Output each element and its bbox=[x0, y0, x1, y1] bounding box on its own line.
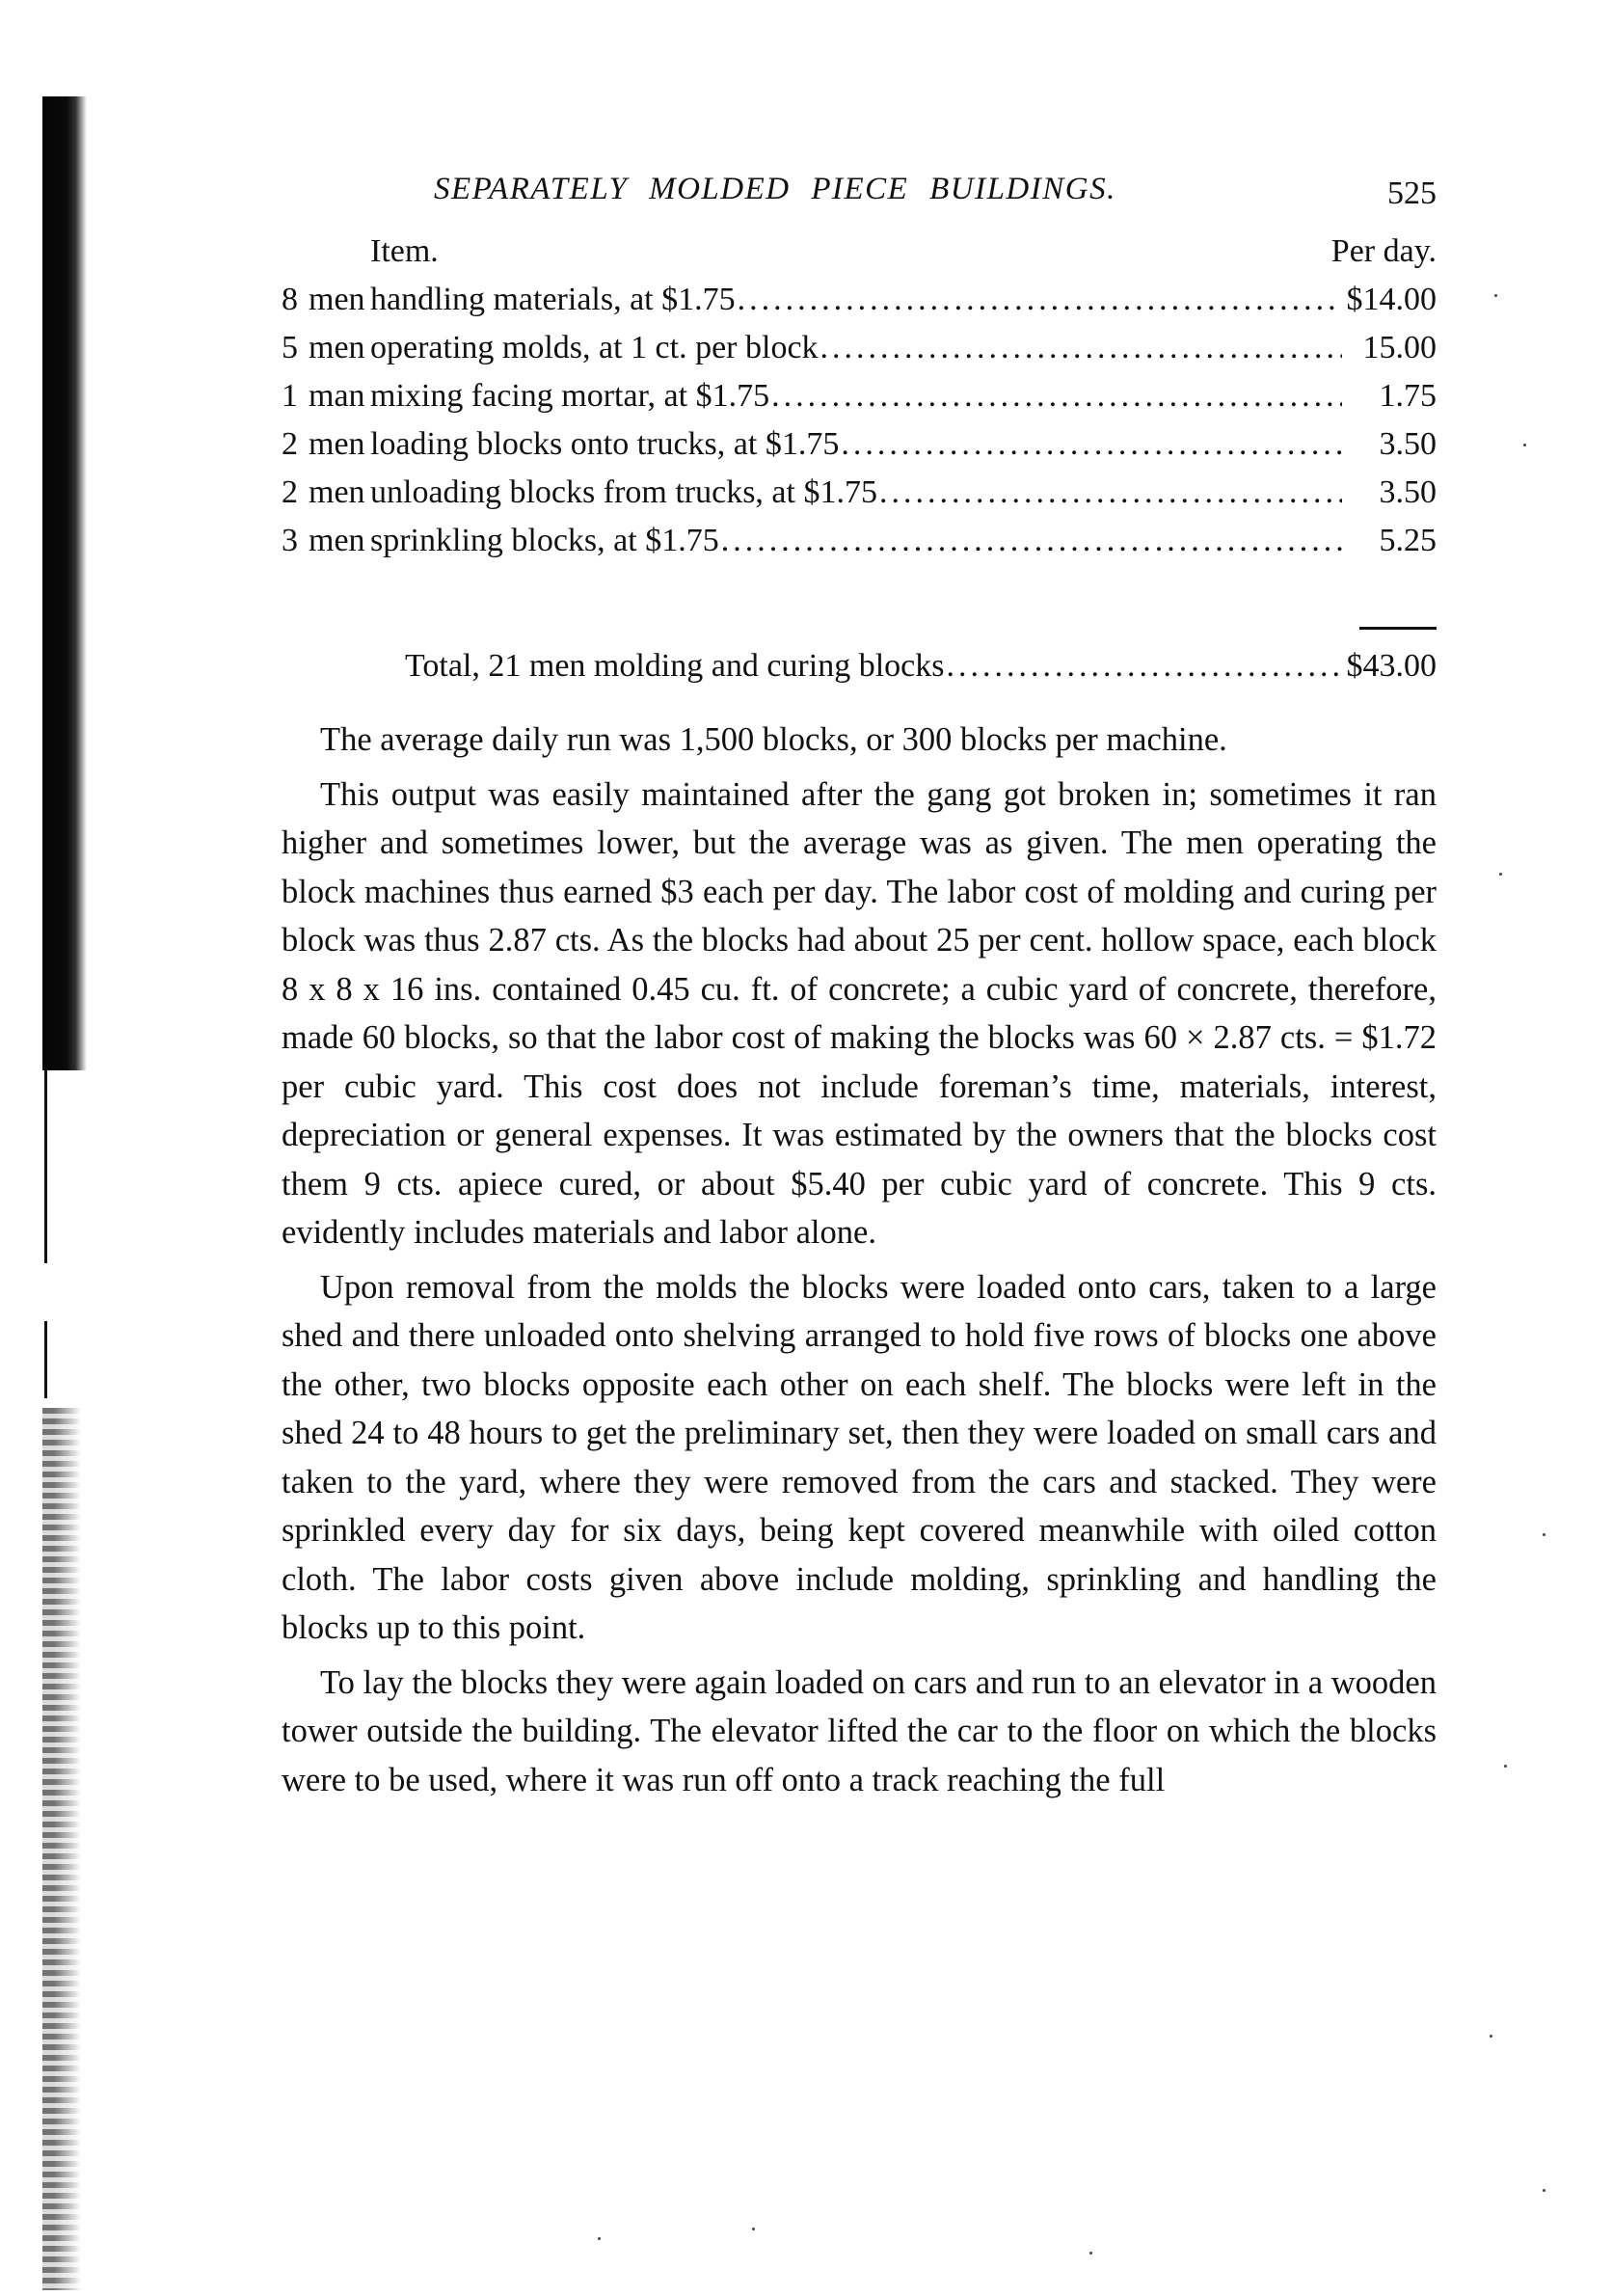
page-header: SEPARATELY MOLDED PIECE BUILDINGS. 525 bbox=[282, 172, 1437, 220]
paragraph: To lay the blocks they were again loaded… bbox=[282, 1659, 1437, 1805]
row-unit: men bbox=[309, 523, 370, 559]
row-amount: 1.75 bbox=[1348, 378, 1437, 415]
labor-cost-table: Item. Per day. 8 men handling materials,… bbox=[282, 233, 1437, 571]
page-number: 525 bbox=[1387, 176, 1437, 212]
row-amount: $14.00 bbox=[1347, 282, 1437, 318]
row-amount: 5.25 bbox=[1348, 523, 1437, 559]
row-unit: men bbox=[309, 282, 370, 318]
column-header-item: Item. bbox=[370, 233, 439, 270]
total-amount: $43.00 bbox=[1347, 648, 1437, 685]
dot-leader: ........................................… bbox=[721, 523, 1342, 559]
row-amount: 15.00 bbox=[1348, 330, 1437, 366]
dot-leader: ........................................… bbox=[946, 648, 1344, 685]
row-quantity: 2 bbox=[282, 426, 309, 463]
dot-leader: ........................................… bbox=[841, 426, 1342, 463]
scan-binding-shadow bbox=[42, 96, 87, 1070]
row-description: mixing facing mortar, at $1.75 bbox=[370, 378, 769, 415]
table-total-row: Total, 21 men molding and curing blocks … bbox=[282, 648, 1437, 685]
total-label: Total, 21 men molding and curing blocks bbox=[405, 648, 944, 685]
row-quantity: 3 bbox=[282, 523, 309, 559]
paragraph: The average daily run was 1,500 blocks, … bbox=[282, 716, 1437, 765]
row-unit: man bbox=[309, 378, 370, 415]
row-unit: men bbox=[309, 330, 370, 366]
table-row: 1 man mixing facing mortar, at $1.75 ...… bbox=[282, 378, 1437, 426]
row-description: loading blocks onto trucks, at $1.75 bbox=[370, 426, 839, 463]
scan-binding-shadow-lower bbox=[42, 1408, 81, 2290]
sum-rule bbox=[1359, 627, 1437, 630]
paragraph: This output was easily maintained after … bbox=[282, 770, 1437, 1257]
row-unit: men bbox=[309, 474, 370, 511]
scan-edge-line bbox=[44, 1321, 47, 1398]
row-quantity: 8 bbox=[282, 282, 309, 318]
row-amount: 3.50 bbox=[1348, 426, 1437, 463]
row-unit: men bbox=[309, 426, 370, 463]
table-row: 2 men loading blocks onto trucks, at $1.… bbox=[282, 426, 1437, 474]
row-quantity: 5 bbox=[282, 330, 309, 366]
dot-leader: ........................................… bbox=[771, 378, 1342, 415]
row-description: unloading blocks from trucks, at $1.75 bbox=[370, 474, 877, 511]
table-row: 5 men operating molds, at 1 ct. per bloc… bbox=[282, 330, 1437, 378]
table-row: 3 men sprinkling blocks, at $1.75 ......… bbox=[282, 523, 1437, 571]
column-header-per-day: Per day. bbox=[1331, 233, 1437, 270]
row-description: operating molds, at 1 ct. per block bbox=[370, 330, 819, 366]
dot-leader: ........................................… bbox=[879, 474, 1342, 511]
scan-edge-line bbox=[44, 1070, 47, 1263]
paragraph: Upon removal from the molds the blocks w… bbox=[282, 1263, 1437, 1653]
row-description: handling materials, at $1.75 bbox=[370, 282, 736, 318]
dot-leader: ........................................… bbox=[738, 282, 1341, 318]
running-head: SEPARATELY MOLDED PIECE BUILDINGS. bbox=[434, 172, 1116, 207]
table-row: 8 men handling materials, at $1.75 .....… bbox=[282, 282, 1437, 330]
row-description: sprinkling blocks, at $1.75 bbox=[370, 523, 719, 559]
row-quantity: 2 bbox=[282, 474, 309, 511]
table-header: Item. Per day. bbox=[282, 233, 1437, 282]
row-amount: 3.50 bbox=[1348, 474, 1437, 511]
dot-leader: ........................................… bbox=[820, 330, 1342, 366]
body-text: The average daily run was 1,500 blocks, … bbox=[282, 716, 1437, 1810]
row-quantity: 1 bbox=[282, 378, 309, 415]
table-row: 2 men unloading blocks from trucks, at $… bbox=[282, 474, 1437, 523]
